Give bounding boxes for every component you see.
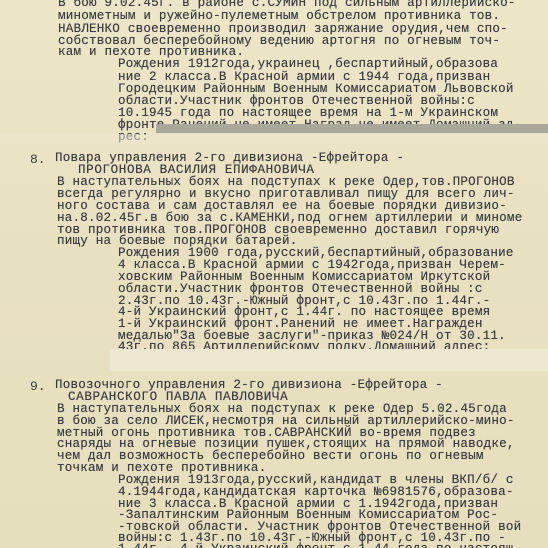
entry9-bio-line: 1.44г.- 4-й Украинский фронт,с 1.44 года… — [118, 543, 514, 548]
address-redaction-bar — [156, 124, 548, 133]
address-pasteover-strip — [110, 349, 548, 371]
entry8-number: 8. — [30, 152, 46, 167]
paper-fold-strip — [0, 134, 548, 144]
scanned-document-page: В бою 9.02.45г. в районе с.СУМИН под сил… — [0, 0, 548, 548]
entry9-number: 9. — [30, 379, 46, 394]
